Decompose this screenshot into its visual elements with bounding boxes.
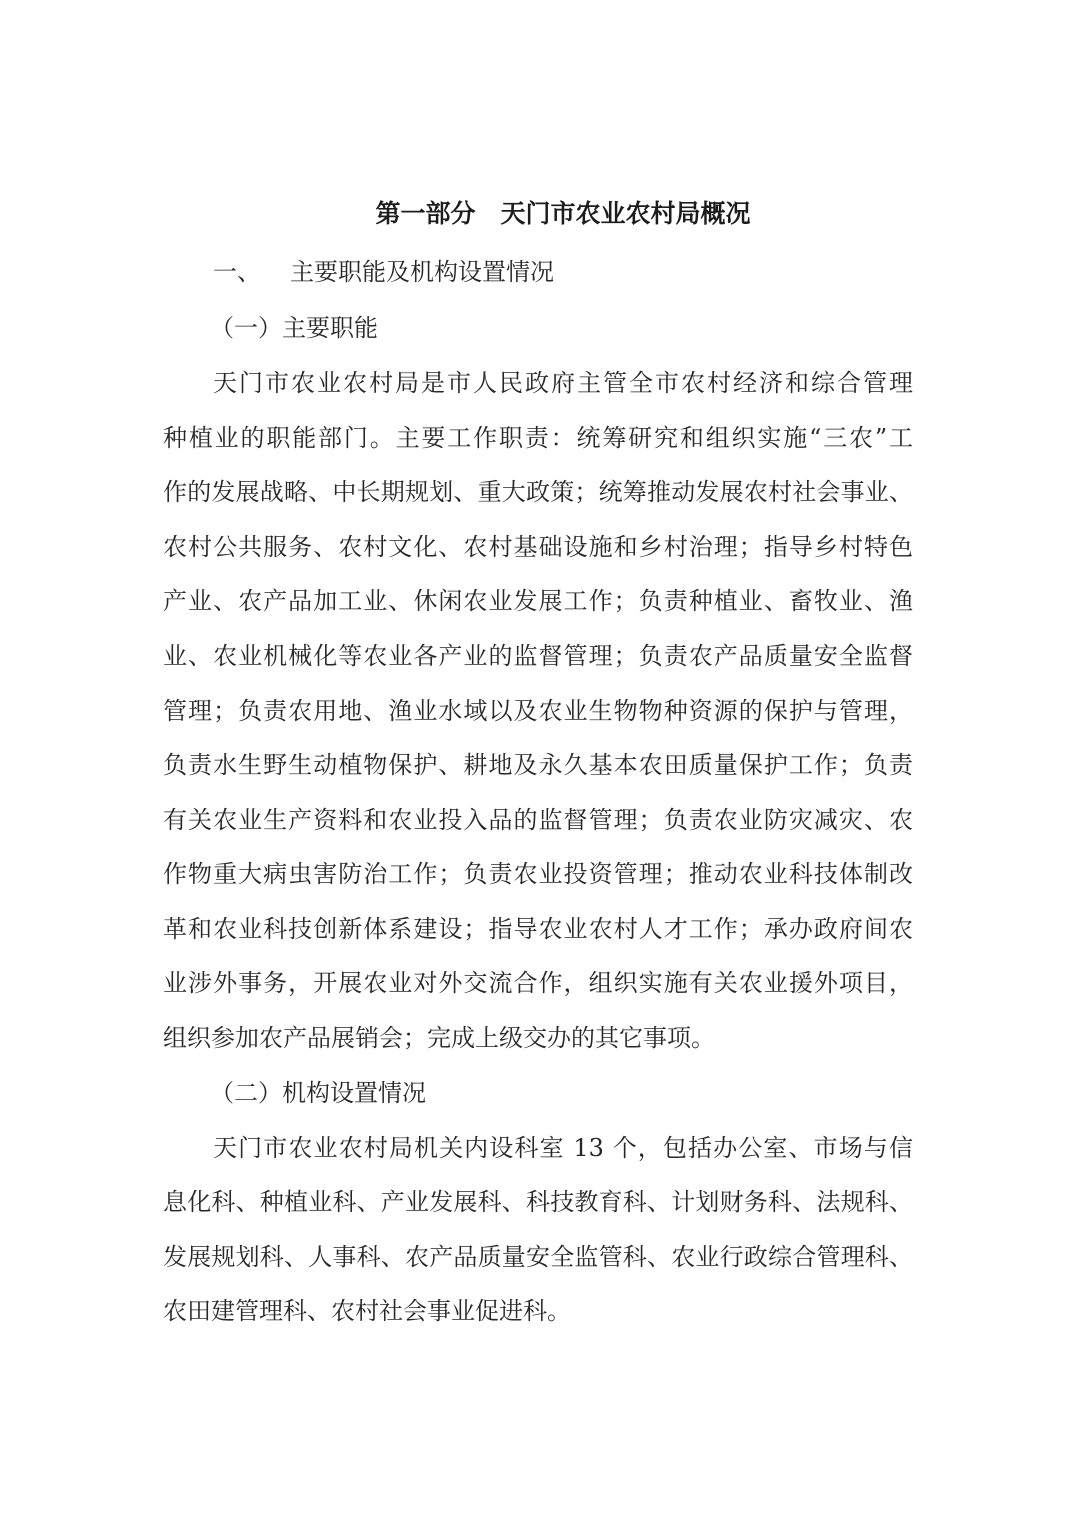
document-page: 第一部分 天门市农业农村局概况 一、 主要职能及机构设置情况 （一）主要职能 天… xyxy=(0,0,1074,1520)
paragraph-line: 业、农业机械化等农业各产业的监督管理；负责农产品质量安全监督 xyxy=(163,639,913,673)
paragraph-line: 管理；负责农用地、渔业水域以及农业生物物种资源的保护与管理， xyxy=(163,694,913,728)
paragraph-line: 组织参加农产品展销会；完成上级交办的其它事项。 xyxy=(163,1021,715,1055)
paragraph-line: 革和农业科技创新体系建设；指导农业农村人才工作；承办政府间农 xyxy=(163,912,913,946)
paragraph-line: 天门市农业农村局是市人民政府主管全市农村经济和综合管理 xyxy=(213,366,913,400)
paragraph-line: 天门市农业农村局机关内设科室 13 个，包括办公室、市场与信 xyxy=(213,1131,913,1165)
paragraph-line: 业涉外事务，开展农业对外交流合作，组织实施有关农业援外项目， xyxy=(163,966,913,1000)
paragraph-line: 种植业的职能部门。主要工作职责：统筹研究和组织实施“三农”工 xyxy=(163,421,913,455)
paragraph-line: 产业、农产品加工业、休闲农业发展工作；负责种植业、畜牧业、渔 xyxy=(163,584,913,618)
paragraph-line: 息化科、种植业科、产业发展科、科技教育科、计划财务科、法规科、 xyxy=(163,1185,913,1219)
paragraph-line: 作物重大病虫害防治工作；负责农业投资管理；推动农业科技体制改 xyxy=(163,857,913,891)
subsection-heading-organization: （二）机构设置情况 xyxy=(210,1076,426,1110)
subsection-heading-functions: （一）主要职能 xyxy=(210,311,378,345)
paragraph-line: 负责水生野生动植物保护、耕地及永久基本农田质量保护工作；负责 xyxy=(163,748,913,782)
paragraph-line: 有关农业生产资料和农业投入品的监督管理；负责农业防灾减灾、农 xyxy=(163,803,913,837)
section-number: 一、 xyxy=(213,255,261,289)
paragraph-line: 农村公共服务、农村文化、农村基础设施和乡村治理；指导乡村特色 xyxy=(163,530,913,564)
paragraph-line: 农田建管理科、农村社会事业促进科。 xyxy=(163,1294,571,1328)
page-title: 第一部分 天门市农业农村局概况 xyxy=(0,197,1074,231)
paragraph-line: 作的发展战略、中长期规划、重大政策；统筹推动发展农村社会事业、 xyxy=(163,475,913,509)
section-heading: 主要职能及机构设置情况 xyxy=(290,255,554,289)
paragraph-line: 发展规划科、人事科、农产品质量安全监管科、农业行政综合管理科、 xyxy=(163,1240,913,1274)
